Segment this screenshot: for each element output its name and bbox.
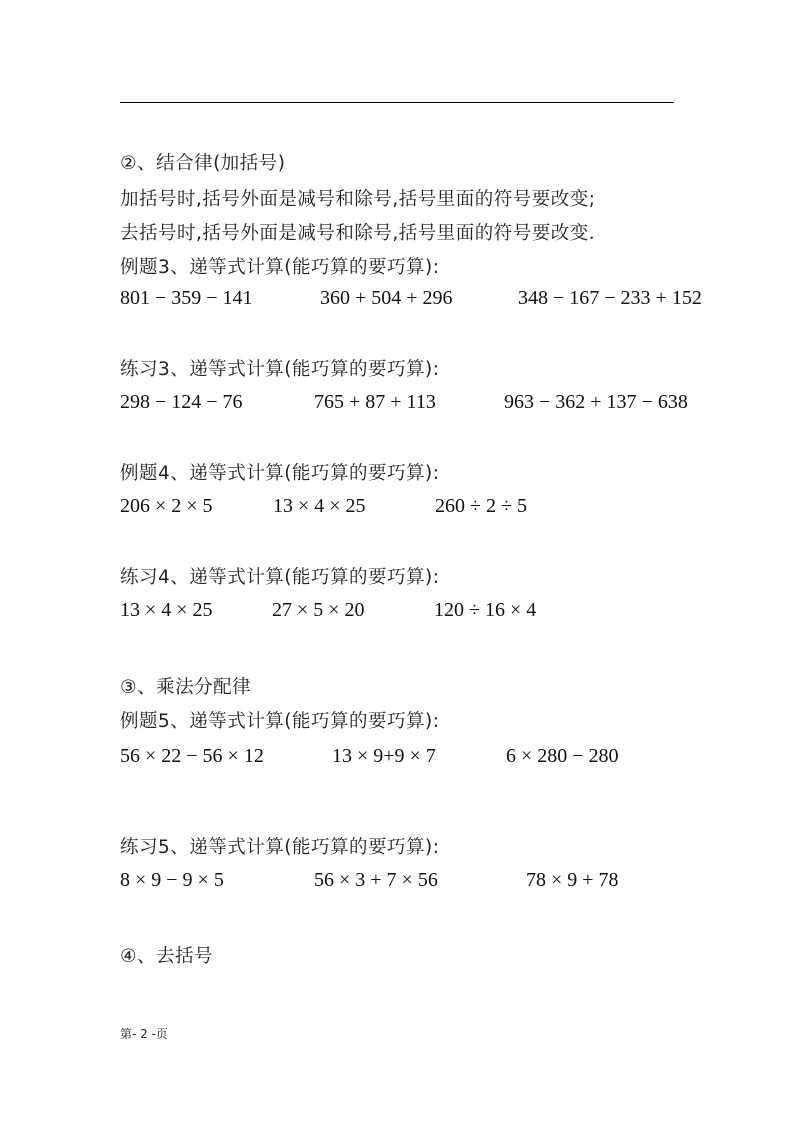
rule-add-parentheses: 加括号时,括号外面是减号和除号,括号里面的符号要改变;	[120, 188, 596, 212]
example-4-title: 例题4、递等式计算(能巧算的要巧算):	[120, 462, 439, 486]
example-5-expression-1: 56 × 22 − 56 × 12	[120, 744, 264, 768]
practice-3-expression-3: 963 − 362 + 137 − 638	[504, 390, 688, 414]
example-3-expression-1: 801 − 359 − 141	[120, 286, 253, 310]
example-4-expression-3: 260 ÷ 2 ÷ 5	[435, 494, 527, 518]
document-page: ②、结合律(加括号) 加括号时,括号外面是减号和除号,括号里面的符号要改变; 去…	[0, 0, 793, 1122]
page-number-footer: 第- 2 -页	[120, 1025, 168, 1042]
practice-4-expression-3: 120 ÷ 16 × 4	[434, 598, 536, 622]
practice-3-expression-1: 298 − 124 − 76	[120, 390, 243, 414]
example-3-title: 例题3、递等式计算(能巧算的要巧算):	[120, 256, 439, 280]
section-heading-remove-parentheses: ④、去括号	[120, 945, 213, 969]
practice-3-title: 练习3、递等式计算(能巧算的要巧算):	[120, 358, 439, 382]
practice-4-expression-1: 13 × 4 × 25	[120, 598, 213, 622]
example-3-expression-3: 348 − 167 − 233 + 152	[518, 286, 702, 310]
header-rule	[120, 102, 674, 103]
practice-4-expression-2: 27 × 5 × 20	[272, 598, 365, 622]
practice-4-title: 练习4、递等式计算(能巧算的要巧算):	[120, 566, 439, 590]
practice-5-title: 练习5、递等式计算(能巧算的要巧算):	[120, 836, 439, 860]
example-4-expression-2: 13 × 4 × 25	[273, 494, 366, 518]
rule-remove-parentheses: 去括号时,括号外面是减号和除号,括号里面的符号要改变.	[120, 222, 595, 246]
example-4-expression-1: 206 × 2 × 5	[120, 494, 213, 518]
practice-3-expression-2: 765 + 87 + 113	[314, 390, 436, 414]
example-5-expression-2: 13 × 9+9 × 7	[332, 744, 436, 768]
example-5-expression-3: 6 × 280 − 280	[506, 744, 619, 768]
practice-5-expression-1: 8 × 9 − 9 × 5	[120, 868, 224, 892]
practice-5-expression-3: 78 × 9 + 78	[526, 868, 619, 892]
example-5-title: 例题5、递等式计算(能巧算的要巧算):	[120, 710, 439, 734]
section-heading-associative-law: ②、结合律(加括号)	[120, 152, 286, 176]
section-heading-distributive-law: ③、乘法分配律	[120, 676, 251, 700]
example-3-expression-2: 360 + 504 + 296	[320, 286, 453, 310]
practice-5-expression-2: 56 × 3 + 7 × 56	[314, 868, 438, 892]
